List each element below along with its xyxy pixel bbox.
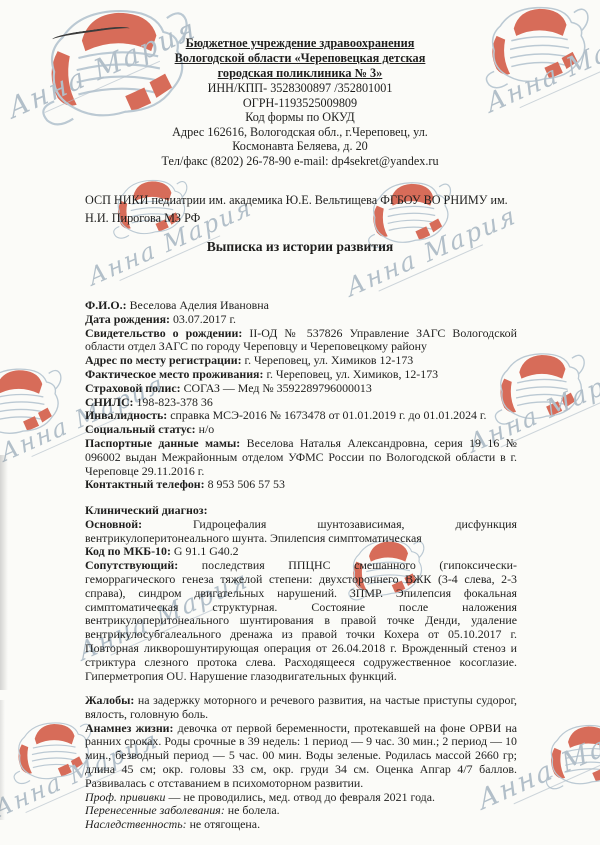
- org-name-line: городская поликлиника № 3»: [90, 66, 510, 81]
- complaints: Жалобы: на задержку моторного и речевого…: [85, 694, 517, 722]
- field-label: Паспортные данные мамы:: [85, 436, 240, 450]
- field-label: СНИЛС:: [85, 395, 134, 409]
- past-illnesses: Перенесенные заболевания: не болела.: [85, 804, 517, 818]
- field-birth-certificate: Свидетельство о рождении: II-ОД № 537826…: [85, 327, 517, 355]
- letterhead: Бюджетное учреждение здравоохранения Вол…: [90, 36, 510, 169]
- field-label: Страховой полис:: [85, 381, 181, 395]
- field-phone: Контактный телефон: 8 953 506 57 53: [85, 478, 517, 492]
- field-mother-passport: Паспортные данные мамы: Веселова Наталья…: [85, 437, 517, 478]
- diagnosis-concomitant: Сопутствующий: последствия ППЦНС смешанн…: [85, 559, 517, 683]
- field-actual-address: Фактическое место проживания: г. Черепов…: [85, 368, 517, 382]
- okud-line: Код формы по ОКУД: [90, 110, 510, 125]
- diagnosis-section: Клинический диагноз: Основной: Гидроцефа…: [85, 504, 517, 683]
- field-label: Наследственность:: [85, 817, 187, 831]
- field-value: СОГАЗ — Мед № 3592289796000013: [184, 381, 372, 395]
- field-birthdate: Дата рождения: 03.07.2017 г.: [85, 313, 517, 327]
- heredity: Наследственность: не отягощена.: [85, 818, 517, 832]
- field-value: Гидроцефалия шунтозависимая, дисфункция …: [85, 517, 517, 545]
- field-label: Социальный статус:: [85, 422, 196, 436]
- field-value: г. Череповец, ул. Химиков, 12-173: [266, 367, 438, 381]
- scan-edge-smudge: [0, 700, 5, 820]
- field-value: г. Череповец, ул. Химиков 12-173: [245, 353, 414, 367]
- diagnosis-heading-label: Клинический диагноз:: [85, 503, 208, 517]
- scan-edge-smudge: [0, 455, 8, 690]
- field-value: 198-823-378 36: [136, 395, 212, 409]
- field-disability: Инвалидность: справка МСЭ-2016 № 1673478…: [85, 409, 517, 423]
- field-social-status: Социальный статус: н/о: [85, 423, 517, 437]
- org-name-line: Вологодской области «Череповецкая детска…: [90, 51, 510, 66]
- field-insurance: Страховой полис: СОГАЗ — Мед № 359228979…: [85, 382, 517, 396]
- vaccinations: Проф. прививки — не проводились, мед. от…: [85, 791, 517, 805]
- field-label: Жалобы:: [85, 693, 134, 707]
- field-label: Контактный телефон:: [85, 477, 205, 491]
- field-fio: Ф.И.О.: Веселова Аделия Ивановна: [85, 299, 517, 313]
- field-value: справка МСЭ-2016 № 1673478 от 01.01.2019…: [170, 408, 486, 422]
- patient-info-section: Ф.И.О.: Веселова Аделия Ивановна Дата ро…: [85, 299, 517, 492]
- org-name-line: Бюджетное учреждение здравоохранения: [90, 36, 510, 51]
- field-value: — не проводились, мед. отвод до февраля …: [168, 790, 435, 804]
- field-label: Сопутствующий:: [85, 558, 178, 572]
- field-label: Инвалидность:: [85, 408, 167, 422]
- diagnosis-main: Основной: Гидроцефалия шунтозависимая, д…: [85, 518, 517, 546]
- document-title: Выписка из истории развития: [0, 239, 600, 255]
- field-label: Ф.И.О.:: [85, 298, 127, 312]
- field-value: на задержку моторного и речевого развити…: [85, 693, 517, 721]
- anamnesis-section: Жалобы: на задержку моторного и речевого…: [85, 694, 517, 832]
- field-value: Веселова Аделия Ивановна: [130, 298, 269, 312]
- field-value: G 91.1 G40.2: [174, 544, 239, 558]
- field-label: Анамнез жизни:: [85, 721, 173, 735]
- field-registration-address: Адрес по месту регистрации: г. Череповец…: [85, 354, 517, 368]
- field-value: не отягощена.: [190, 817, 260, 831]
- field-snils: СНИЛС: 198-823-378 36: [85, 396, 517, 410]
- field-label: Адрес по месту регистрации:: [85, 353, 242, 367]
- field-value: 03.07.2017 г.: [173, 312, 236, 326]
- field-label: Код по МКБ-10:: [85, 544, 171, 558]
- field-label: Фактическое место проживания:: [85, 367, 263, 381]
- phone-email-line: Тел/факс (8202) 26-78-90 e-mail: dp4sekr…: [90, 154, 510, 169]
- field-label: Проф. прививки: [85, 790, 165, 804]
- field-value: не болела.: [228, 803, 280, 817]
- field-label: Свидетельство о рождении:: [85, 326, 242, 340]
- department-line: ОСП НИКИ педиатрии им. академика Ю.Е. Ве…: [85, 192, 521, 227]
- field-value: н/о: [199, 422, 215, 436]
- diagnosis-heading: Клинический диагноз:: [85, 504, 517, 518]
- field-label: Дата рождения:: [85, 312, 170, 326]
- field-label: Перенесенные заболевания:: [85, 803, 225, 817]
- field-value: 8 953 506 57 53: [208, 477, 285, 491]
- address-line2: Космонавта Беляева, д. 20: [90, 139, 510, 154]
- diagnosis-icd-code: Код по МКБ-10: G 91.1 G40.2: [85, 545, 517, 559]
- field-label: Основной:: [85, 517, 142, 531]
- field-value: последствия ППЦНС смешанного (гипоксичес…: [85, 558, 517, 682]
- inn-kpp-line: ИНН/КПП- 3528300897 /352801001: [90, 81, 510, 96]
- life-anamnesis: Анамнез жизни: девочка от первой беремен…: [85, 722, 517, 791]
- ogrn-line: ОГРН-1193525009809: [90, 96, 510, 111]
- scanned-document-page: Анна Мария Анна Мария Анна Мария Анна Ма…: [0, 0, 600, 845]
- address-line: Адрес 162616, Вологодская обл., г.Черепо…: [90, 125, 510, 140]
